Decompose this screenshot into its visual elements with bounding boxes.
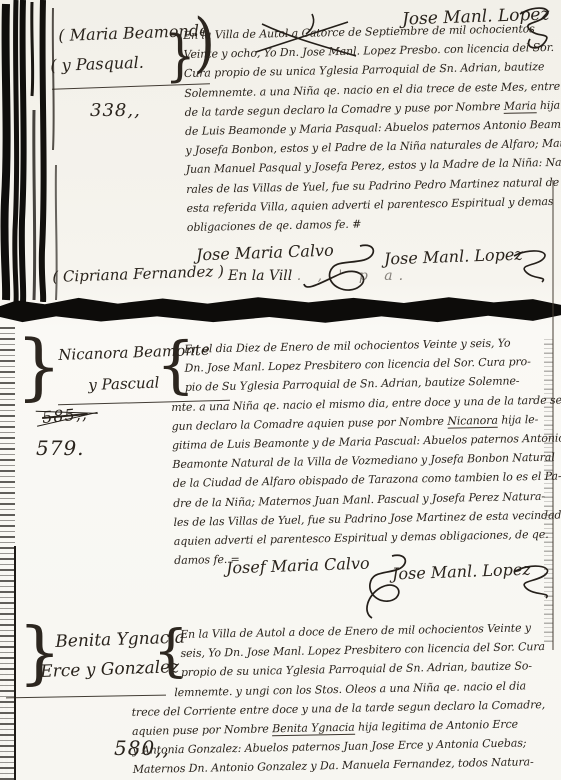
- record2-number: 579.: [36, 436, 85, 460]
- signature-rubric-icon: [512, 560, 556, 600]
- underlined-name: Benita Ygnacia: [272, 721, 355, 737]
- binding-shadow-streaks: [0, 0, 64, 302]
- record2-body: En el dia Diez de Enero de mil ochocient…: [170, 332, 561, 570]
- record3-body: En la Villa de Autol a doce de Enero de …: [130, 618, 547, 779]
- record2-struck-number: 585,,: [41, 404, 88, 427]
- signature-rubric-icon: [512, 246, 552, 286]
- record1-signature-right: Jose Manl. Lopez: [384, 245, 523, 269]
- record1-margin-name-line2: ( y Pasqual.: [50, 53, 144, 75]
- signature-rubric-icon: [352, 550, 412, 622]
- record2-signature-left: Josef Maria Calvo: [226, 553, 370, 577]
- left-edge-line: [14, 546, 16, 780]
- record2-margin-name-line2: y Pascual: [88, 374, 160, 394]
- record1-number: 338,,: [90, 100, 141, 121]
- record2-signature-right: Jose Manl. Lopez: [392, 560, 531, 584]
- underlined-name: Maria: [504, 99, 537, 114]
- scanned-baptism-register-page: Jose Manl. Lopez ( Maria Beamonde ( y Pa…: [0, 0, 561, 780]
- partial-record-margin-name: ( Cipriana Fernandez ): [52, 262, 224, 286]
- cutoff-marks: . , ' p a.: [297, 268, 409, 284]
- partial-record-body-start: En la Vill . , ' p a.: [228, 268, 409, 284]
- page-fold-band: [0, 294, 561, 326]
- record2-margin-brace: }: [16, 330, 62, 402]
- underlined-name: Nicanora: [447, 413, 498, 428]
- record1-body: En la Villa de Autol a Catorce de Septie…: [183, 18, 561, 237]
- left-edge-speckle: [0, 326, 15, 780]
